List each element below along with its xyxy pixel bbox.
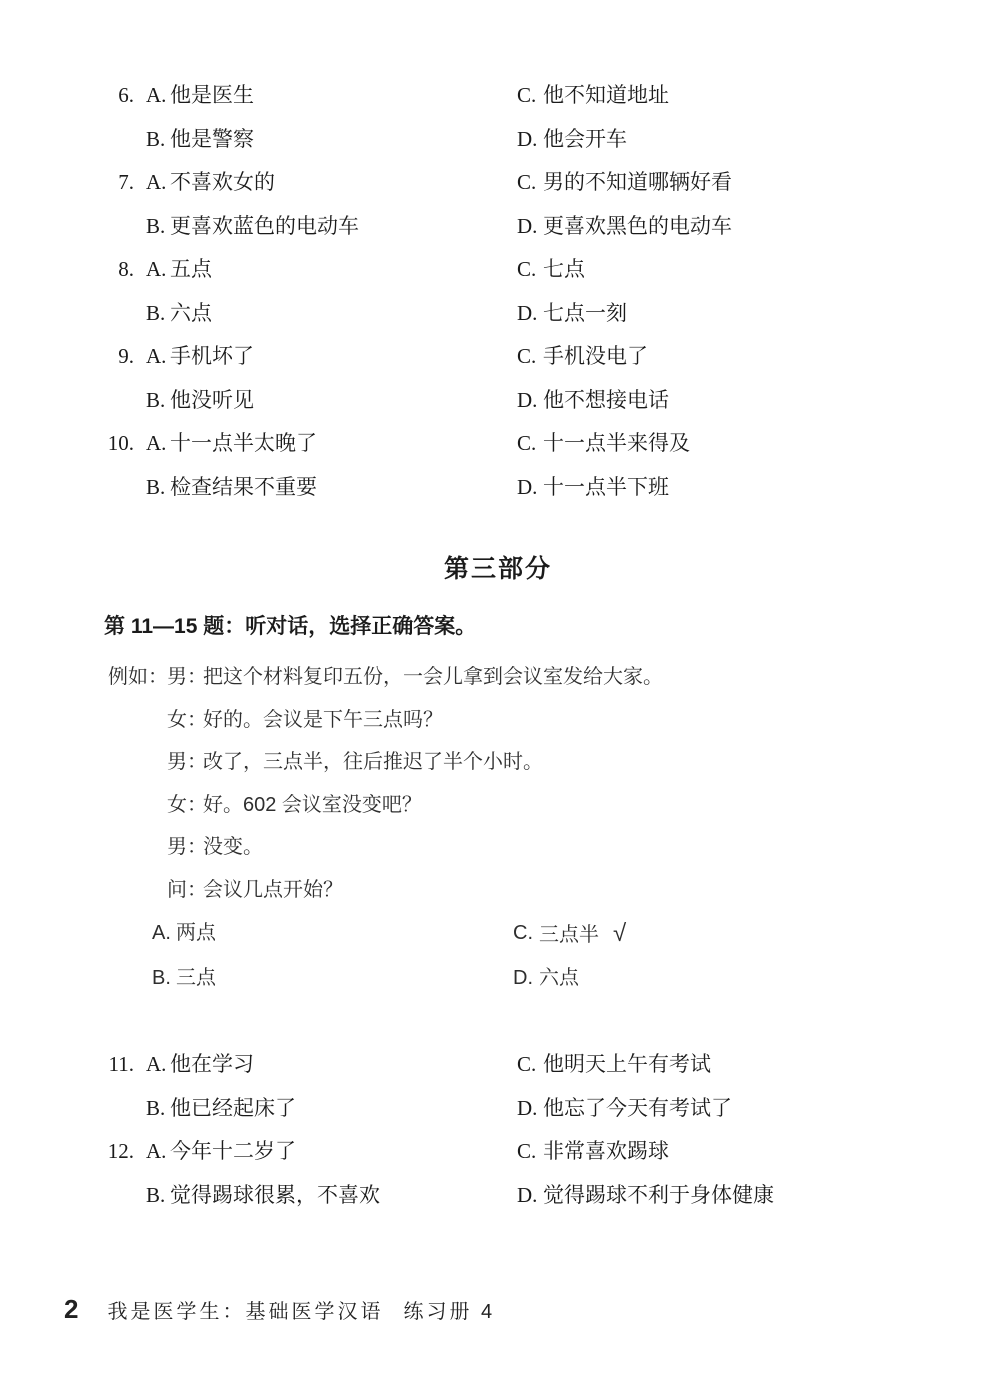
example-options-row-1: A. 两点 C. 三点半√ (0, 911, 996, 956)
option-text-a: 他在学习 (170, 1043, 517, 1087)
option-label-a: A. (146, 74, 170, 118)
question-10-row-2: B. 检查结果不重要 D. 十一点半下班 (0, 466, 996, 510)
option-label-c: C. (517, 248, 543, 292)
option-label-d: D. (517, 1087, 543, 1131)
option-label-b: B. (146, 292, 170, 336)
example-options-row-2: B. 三点 D. 六点 (0, 956, 996, 1001)
option-label-a: A. (146, 1130, 170, 1174)
option-label-d: D. (517, 118, 543, 162)
example-dialogue: 例如： 男： 把这个材料复印五份，一会儿拿到会议室发给大家。 女： 好的。会议是… (0, 656, 996, 912)
speaker-label: 男： (167, 656, 203, 699)
option-label-d: D. (517, 292, 543, 336)
option-text-a: 不喜欢女的 (170, 161, 517, 205)
option-text-a: 手机坏了 (170, 335, 517, 379)
example-label (108, 826, 167, 869)
option-label-d: D. (517, 1174, 543, 1218)
option-label-b: B. (146, 1174, 170, 1218)
option-text-b: 三点 (176, 956, 513, 1001)
option-text-c: 他明天上午有考试 (543, 1043, 996, 1087)
question-11-row-2: B. 他已经起床了 D. 他忘了今天有考试了 (0, 1087, 996, 1131)
question-number: 11. (0, 1043, 146, 1087)
correct-answer-checkmark: √ (613, 920, 626, 947)
option-text-c: 非常喜欢踢球 (543, 1130, 996, 1174)
example-label: 例如： (108, 656, 167, 699)
option-label-a: A. (146, 335, 170, 379)
dialogue-text: 把这个材料复印五份，一会儿拿到会议室发给大家。 (203, 656, 996, 699)
speaker-label: 女： (167, 699, 203, 742)
dialogue-text: 改了，三点半，往后推迟了半个小时。 (203, 741, 996, 784)
option-text-b: 觉得踢球很累，不喜欢 (170, 1174, 517, 1218)
question-7-row-1: 7. A. 不喜欢女的 C. 男的不知道哪辆好看 (0, 161, 996, 205)
option-text-a: 他是医生 (170, 74, 517, 118)
question-number: 10. (0, 422, 146, 466)
dialogue-line: 女： 好。602 会议室没变吧？ (108, 784, 996, 827)
option-text-b: 他已经起床了 (170, 1087, 517, 1131)
example-label (108, 869, 167, 912)
option-label-c: C. (513, 911, 539, 958)
option-text-b: 他是警察 (170, 118, 517, 162)
option-label-d: D. (513, 956, 539, 1001)
question-10-row-1: 10. A. 十一点半太晚了 C. 十一点半来得及 (0, 422, 996, 466)
option-text-c: 他不知道地址 (543, 74, 996, 118)
option-label-c: C. (517, 422, 543, 466)
example-label (108, 699, 167, 742)
option-text-b: 检查结果不重要 (170, 466, 517, 510)
question-12-row-2: B. 觉得踢球很累，不喜欢 D. 觉得踢球不利于身体健康 (0, 1174, 996, 1218)
option-label-b: B. (152, 956, 176, 1001)
option-text-d: 七点一刻 (543, 292, 996, 336)
option-text-c: 男的不知道哪辆好看 (543, 161, 996, 205)
option-label-b: B. (146, 466, 170, 510)
page-number: 2 (64, 1292, 78, 1326)
option-text-d: 六点 (539, 956, 996, 1001)
option-label-a: A. (146, 1043, 170, 1087)
option-text-c: 七点 (543, 248, 996, 292)
option-label-c: C. (517, 74, 543, 118)
option-label-d: D. (517, 205, 543, 249)
option-label-d: D. (517, 379, 543, 423)
speaker-label: 女： (167, 784, 203, 827)
option-label-b: B. (146, 379, 170, 423)
question-number (0, 292, 146, 336)
option-label-b: B. (146, 118, 170, 162)
option-text-a: 五点 (170, 248, 517, 292)
option-label-b: B. (146, 1087, 170, 1131)
dialogue-line: 男： 没变。 (108, 826, 996, 869)
option-label-c: C. (517, 161, 543, 205)
book-title: 我是医学生：基础医学汉语 (107, 1295, 383, 1324)
question-number (0, 466, 146, 510)
workbook-volume: 练习册 4 (403, 1295, 495, 1324)
dialogue-text: 好的。会议是下午三点吗？ (203, 699, 996, 742)
dialogue-text: 好。602 会议室没变吧？ (203, 784, 996, 827)
example-label (108, 741, 167, 784)
option-text-b: 六点 (170, 292, 517, 336)
question-8-row-1: 8. A. 五点 C. 七点 (0, 248, 996, 292)
dialogue-line: 男： 改了，三点半，往后推迟了半个小时。 (108, 741, 996, 784)
example-options: A. 两点 C. 三点半√ B. 三点 D. 六点 (0, 911, 996, 1001)
speaker-label: 男： (167, 741, 203, 784)
questions-11-12: 11. A. 他在学习 C. 他明天上午有考试 B. 他已经起床了 D. 他忘了… (0, 1043, 996, 1217)
question-number: 6. (0, 74, 146, 118)
question-6-row-1: 6. A. 他是医生 C. 他不知道地址 (0, 74, 996, 118)
question-number: 8. (0, 248, 146, 292)
option-text-d: 十一点半下班 (543, 466, 996, 510)
question-number (0, 1174, 146, 1218)
question-number (0, 118, 146, 162)
dialogue-line: 女： 好的。会议是下午三点吗？ (108, 699, 996, 742)
dialogue-line: 例如： 男： 把这个材料复印五份，一会儿拿到会议室发给大家。 (108, 656, 996, 699)
option-text-c: 手机没电了 (543, 335, 996, 379)
question-7-row-2: B. 更喜欢蓝色的电动车 D. 更喜欢黑色的电动车 (0, 205, 996, 249)
option-text-a: 十一点半太晚了 (170, 422, 517, 466)
question-9-row-1: 9. A. 手机坏了 C. 手机没电了 (0, 335, 996, 379)
part3-instructions: 第 11—15 题：听对话，选择正确答案。 (104, 612, 476, 642)
question-number (0, 205, 146, 249)
speaker-label: 问： (167, 869, 203, 912)
question-11-row-1: 11. A. 他在学习 C. 他明天上午有考试 (0, 1043, 996, 1087)
questions-6-10: 6. A. 他是医生 C. 他不知道地址 B. 他是警察 D. 他会开车 7. … (0, 74, 996, 509)
question-number (0, 379, 146, 423)
part3-heading: 第三部分 (0, 552, 996, 586)
question-9-row-2: B. 他没听见 D. 他不想接电话 (0, 379, 996, 423)
option-text-d: 他会开车 (543, 118, 996, 162)
option-label-a: A. (146, 248, 170, 292)
option-text-d: 他忘了今天有考试了 (543, 1087, 996, 1131)
option-text-a: 今年十二岁了 (170, 1130, 517, 1174)
page-footer: 2 我是医学生：基础医学汉语 练习册 4 (64, 1292, 495, 1326)
option-label-d: D. (517, 466, 543, 510)
example-label (108, 784, 167, 827)
option-label-c: C. (517, 1043, 543, 1087)
option-label-a: A. (146, 422, 170, 466)
dialogue-text: 没变。 (203, 826, 996, 869)
question-12-row-1: 12. A. 今年十二岁了 C. 非常喜欢踢球 (0, 1130, 996, 1174)
option-text-a: 两点 (176, 911, 513, 958)
question-number: 7. (0, 161, 146, 205)
option-text-c: 三点半√ (539, 911, 996, 958)
option-text-c: 十一点半来得及 (543, 422, 996, 466)
question-number: 9. (0, 335, 146, 379)
option-text-b: 他没听见 (170, 379, 517, 423)
question-8-row-2: B. 六点 D. 七点一刻 (0, 292, 996, 336)
question-number (0, 1087, 146, 1131)
speaker-label: 男： (167, 826, 203, 869)
option-label-c: C. (517, 1130, 543, 1174)
question-number: 12. (0, 1130, 146, 1174)
option-label-b: B. (146, 205, 170, 249)
worksheet-page: 6. A. 他是医生 C. 他不知道地址 B. 他是警察 D. 他会开车 7. … (0, 0, 996, 1400)
option-label-a: A. (152, 911, 176, 958)
option-label-a: A. (146, 161, 170, 205)
option-text-b: 更喜欢蓝色的电动车 (170, 205, 517, 249)
dialogue-text: 会议几点开始？ (203, 869, 996, 912)
option-label-c: C. (517, 335, 543, 379)
option-text-d: 觉得踢球不利于身体健康 (543, 1174, 996, 1218)
question-6-row-2: B. 他是警察 D. 他会开车 (0, 118, 996, 162)
option-text-d: 更喜欢黑色的电动车 (543, 205, 996, 249)
option-text-d: 他不想接电话 (543, 379, 996, 423)
dialogue-question-line: 问： 会议几点开始？ (108, 869, 996, 912)
